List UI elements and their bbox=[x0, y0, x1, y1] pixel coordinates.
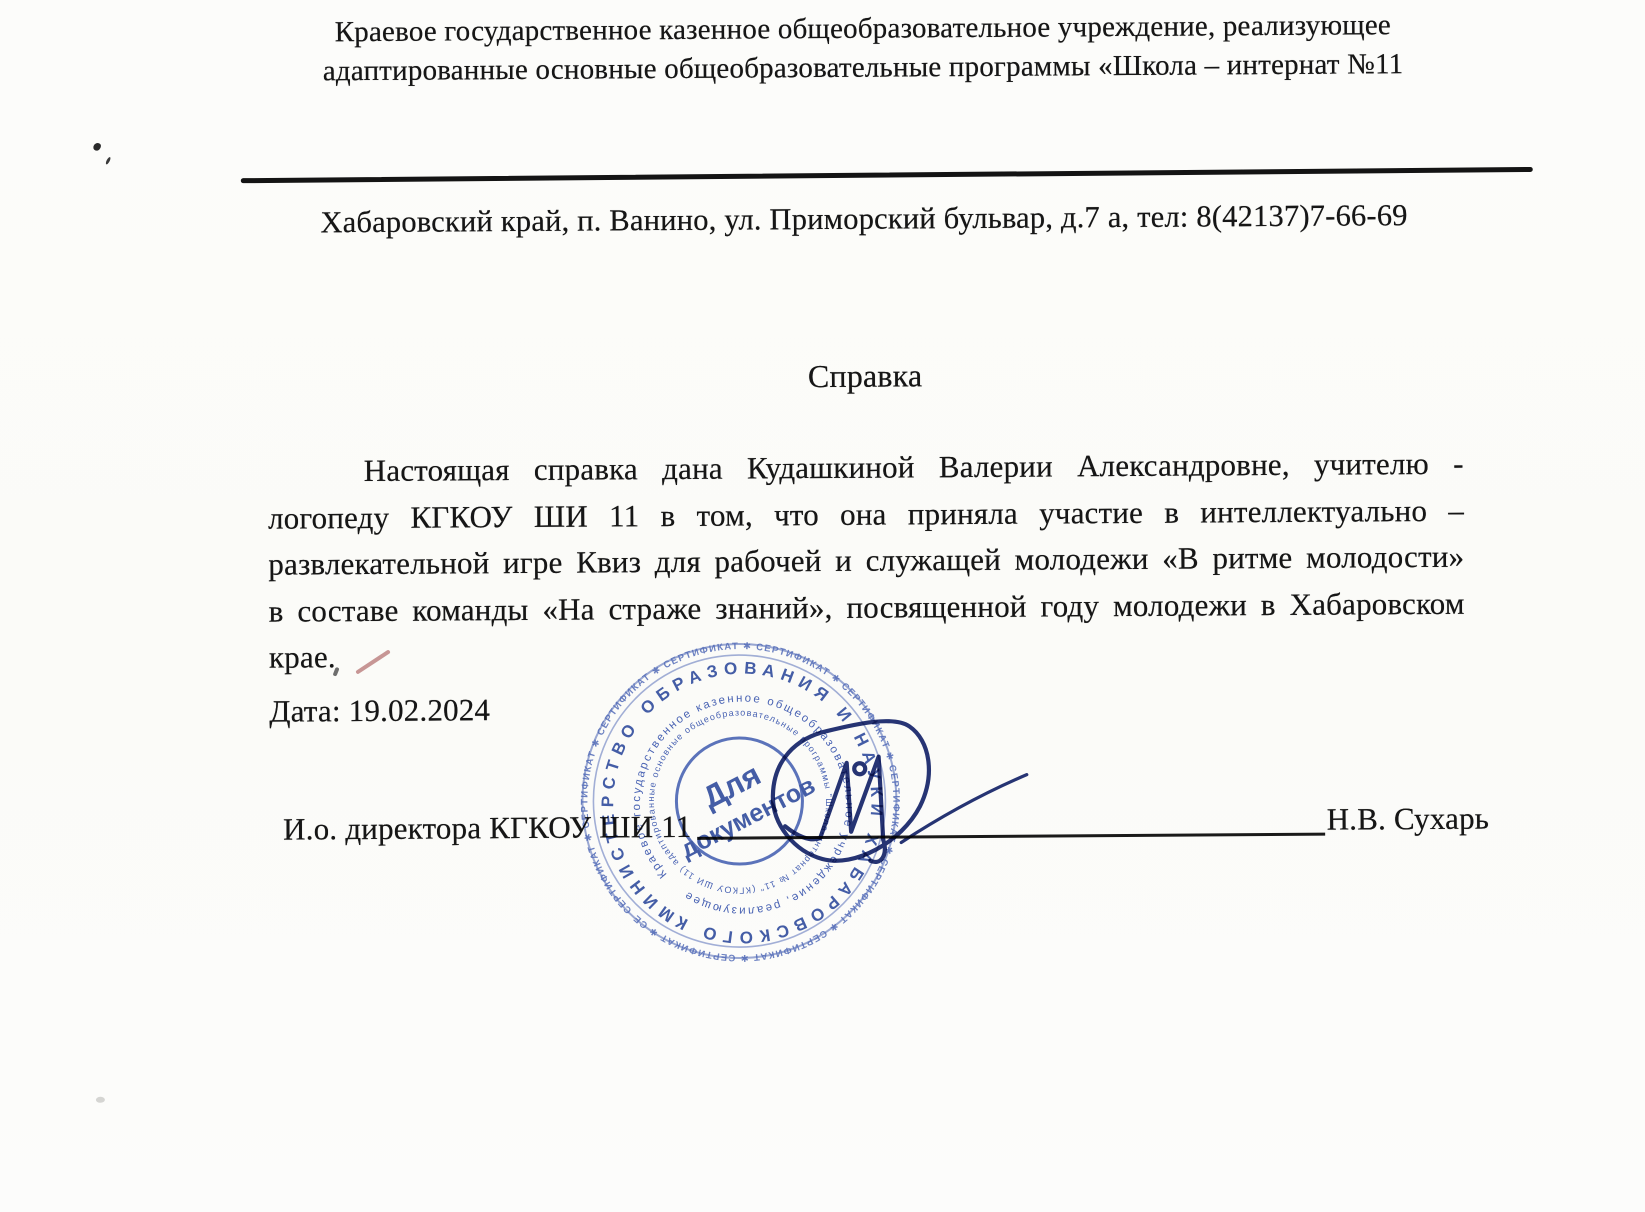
org-header-line2: адаптированные основные общеобразователь… bbox=[232, 44, 1494, 91]
ink-speck bbox=[105, 156, 111, 164]
body-line-2: логопеду КГКОУ ШИ 11 в том, что она прин… bbox=[268, 487, 1464, 541]
document-title: Справка bbox=[267, 354, 1463, 399]
body-line-3: развлекательной игре Квиз для рабочей и … bbox=[268, 534, 1464, 588]
header-divider-line bbox=[241, 167, 1533, 183]
ink-speck bbox=[92, 142, 102, 152]
signature-small-loop bbox=[854, 763, 865, 774]
ink-speck bbox=[96, 1097, 105, 1103]
signature-graphic bbox=[741, 588, 1073, 890]
date-line: Дата: 19.02.2024 bbox=[269, 692, 490, 729]
scanned-certificate-page: Краевое государственное казенное общеобр… bbox=[0, 0, 1645, 1212]
signatory-name: Н.В. Сухарь bbox=[1327, 799, 1490, 840]
body-line-1: Настоящая справка дана Кудашкиной Валери… bbox=[268, 441, 1464, 495]
organization-header: Краевое государственное казенное общеобр… bbox=[232, 6, 1494, 91]
address-line: Хабаровский край, п. Ванино, ул. Приморс… bbox=[266, 198, 1462, 241]
signature-zigzag-stroke bbox=[785, 757, 884, 841]
handwritten-signature bbox=[741, 588, 1073, 890]
scan-tilt-layer: Краевое государственное казенное общеобр… bbox=[0, 0, 1645, 1212]
